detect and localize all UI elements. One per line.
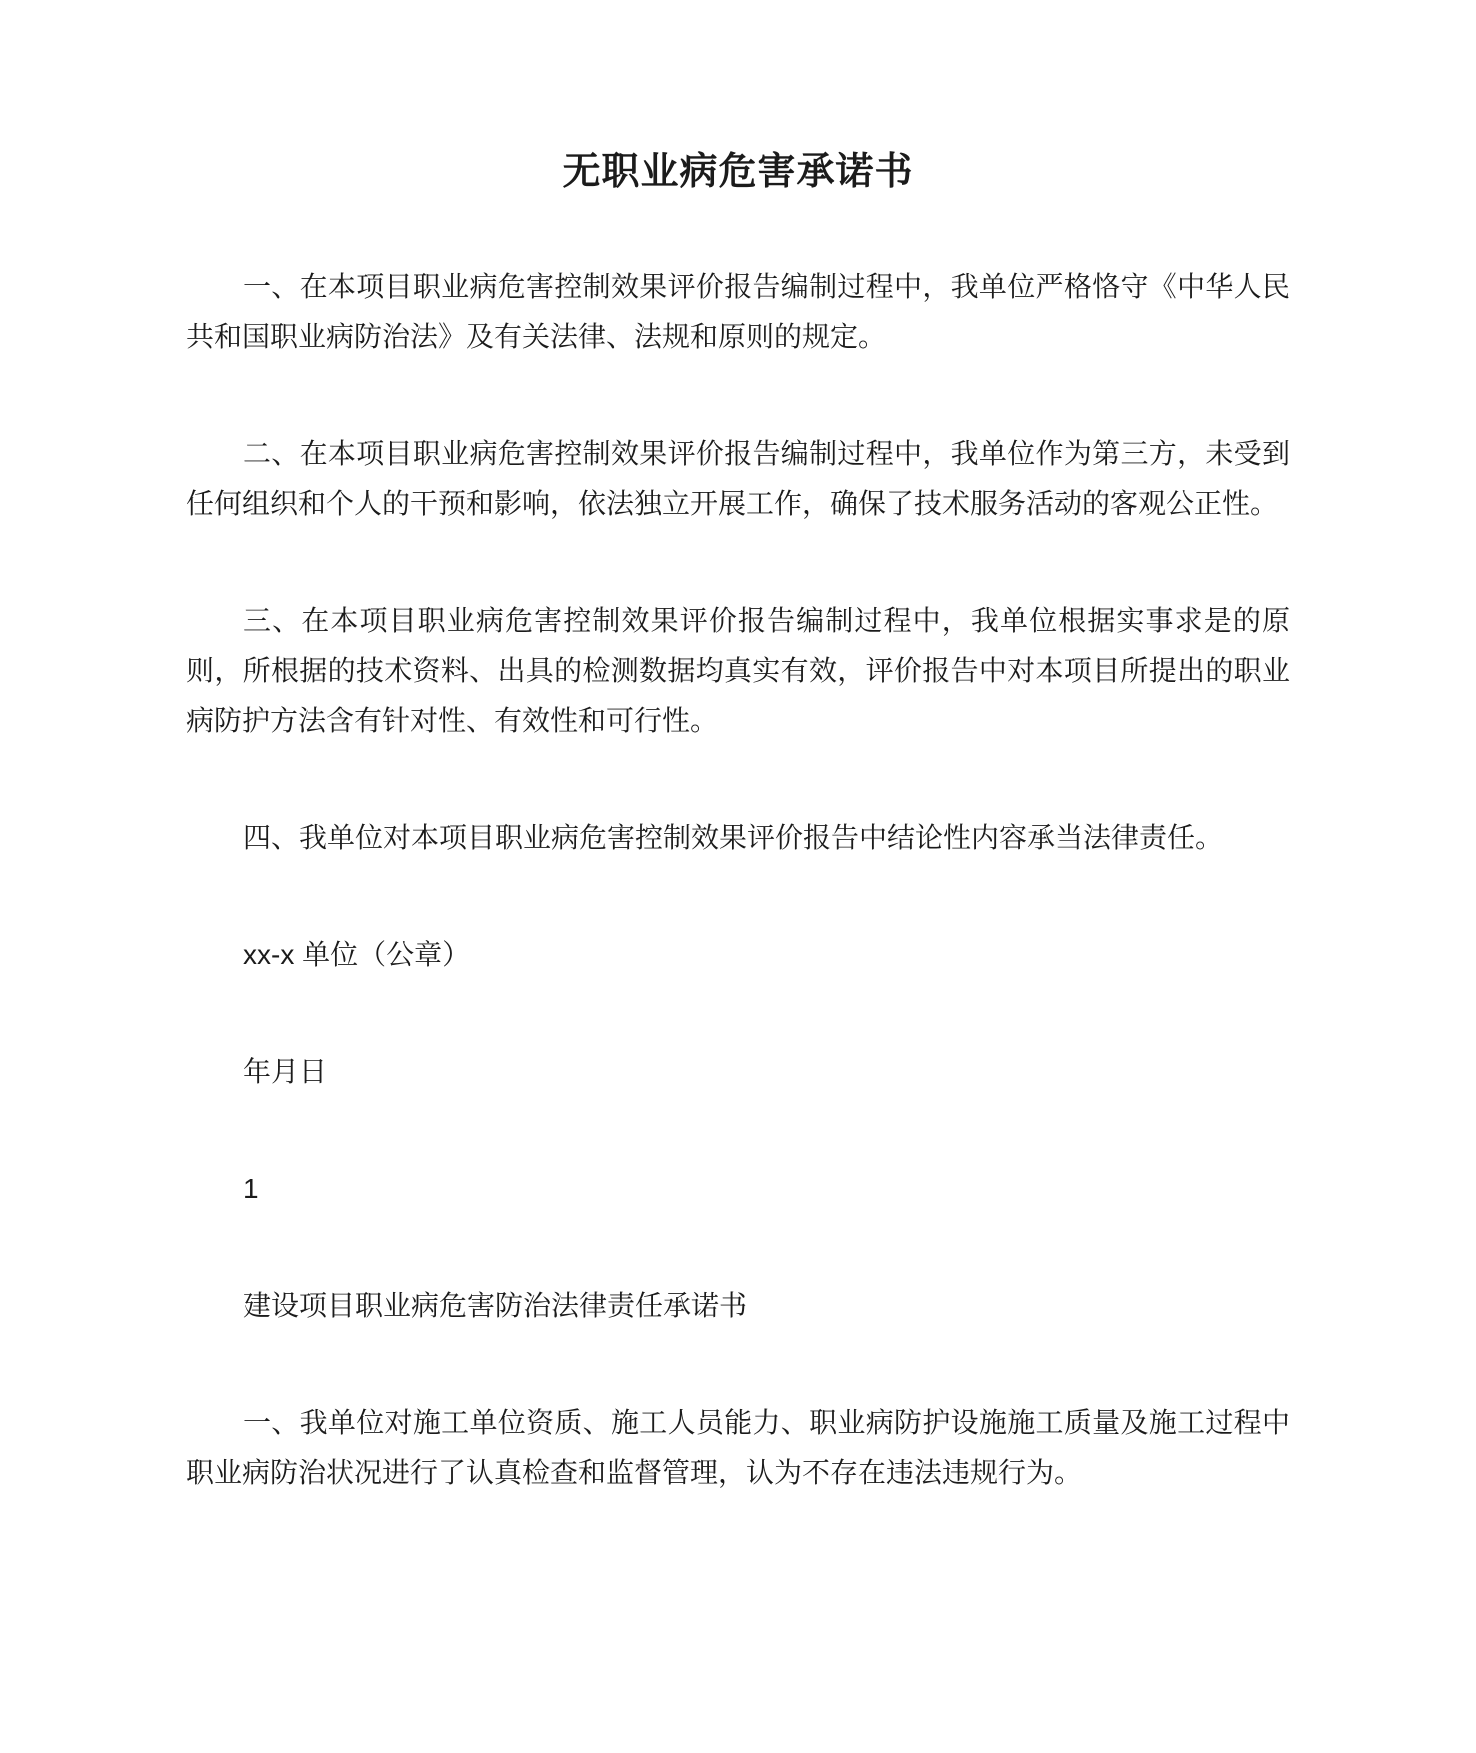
paragraph-4: 四、我单位对本项目职业病危害控制效果评价报告中结论性内容承当法律责任。 [186,813,1290,863]
seal-line-text: xx-x 单位（公章） [186,930,1290,980]
date-line-text: 年月日 [186,1047,1290,1097]
document-title: 无职业病危害承诺书 [186,150,1290,194]
paragraph-3-line-2: 则，所根据的技术资料、出具的检测数据均真实有效，评价报告中对本项目所提出的职业 [186,646,1290,696]
document-content: 无职业病危害承诺书 一、在本项目职业病危害控制效果评价报告编制过程中，我单位严格… [0,0,1476,1498]
paragraph-2-line-2: 任何组织和个人的干预和影响，依法独立开展工作，确保了技术服务活动的客观公正性。 [186,479,1290,529]
paragraph-3-line-1: 三、在本项目职业病危害控制效果评价报告编制过程中，我单位根据实事求是的原 [186,596,1290,646]
section-2-heading-text: 建设项目职业病危害防治法律责任承诺书 [186,1281,1290,1331]
paragraph-3: 三、在本项目职业病危害控制效果评价报告编制过程中，我单位根据实事求是的原 则，所… [186,596,1290,746]
seal-line: xx-x 单位（公章） [186,930,1290,980]
paragraph-1-line-2: 共和国职业病防治法》及有关法律、法规和原则的规定。 [186,312,1290,362]
date-line: 年月日 [186,1047,1290,1097]
paragraph-1-line-1: 一、在本项目职业病危害控制效果评价报告编制过程中，我单位严格恪守《中华人民 [186,262,1290,312]
document-page: 无职业病危害承诺书 一、在本项目职业病危害控制效果评价报告编制过程中，我单位严格… [0,0,1476,1753]
paragraph-5: 一、我单位对施工单位资质、施工人员能力、职业病防护设施施工质量及施工过程中 职业… [186,1398,1290,1498]
paragraph-5-line-1: 一、我单位对施工单位资质、施工人员能力、职业病防护设施施工质量及施工过程中 [186,1398,1290,1448]
section-2-heading: 建设项目职业病危害防治法律责任承诺书 [186,1281,1290,1331]
paragraph-4-line-1: 四、我单位对本项目职业病危害控制效果评价报告中结论性内容承当法律责任。 [186,813,1290,863]
page-number: 1 [186,1164,1290,1214]
paragraph-1: 一、在本项目职业病危害控制效果评价报告编制过程中，我单位严格恪守《中华人民 共和… [186,262,1290,362]
paragraph-5-line-2: 职业病防治状况进行了认真检查和监督管理，认为不存在违法违规行为。 [186,1448,1290,1498]
page-number-text: 1 [186,1164,1290,1214]
paragraph-2: 二、在本项目职业病危害控制效果评价报告编制过程中，我单位作为第三方，未受到 任何… [186,429,1290,529]
paragraph-3-line-3: 病防护方法含有针对性、有效性和可行性。 [186,696,1290,746]
paragraph-2-line-1: 二、在本项目职业病危害控制效果评价报告编制过程中，我单位作为第三方，未受到 [186,429,1290,479]
